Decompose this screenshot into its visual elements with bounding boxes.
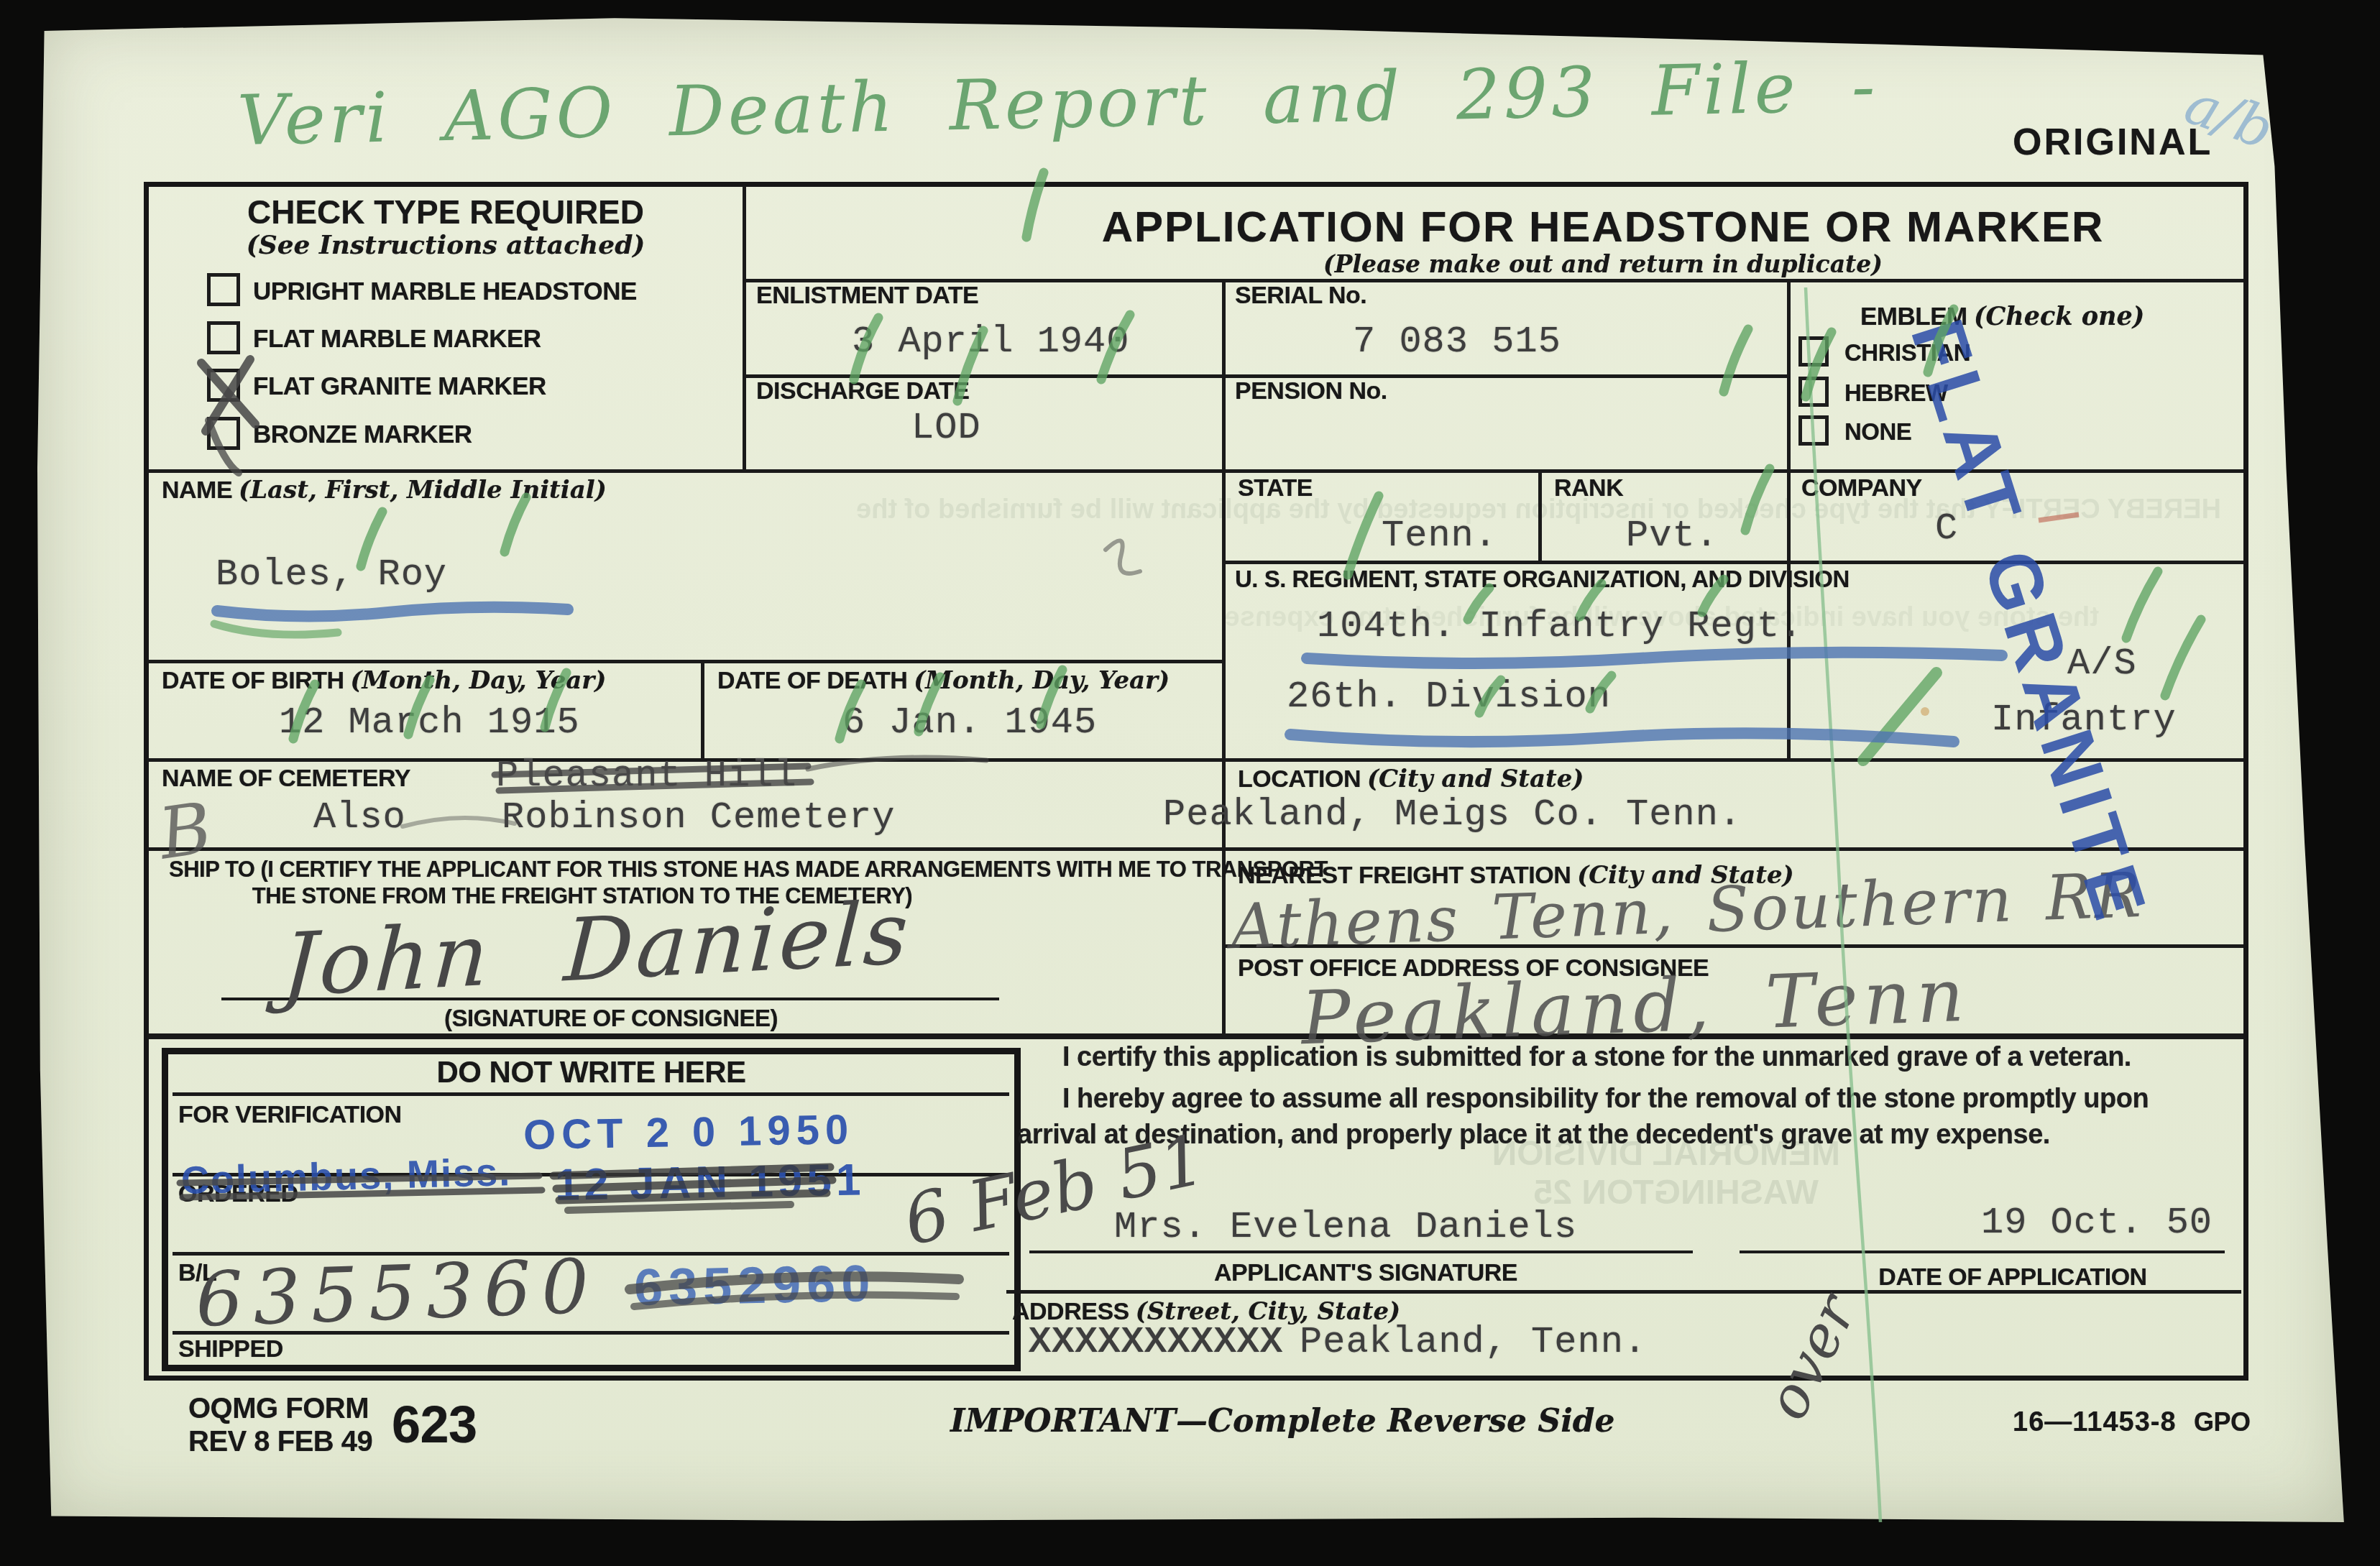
enlistment-date-value: 3 April 1940 (852, 321, 1129, 363)
checkbox-flat-granite-checked (207, 369, 240, 402)
ordered-date-stamp: 12 JAN 1951 (554, 1154, 865, 1211)
checkbox-hebrew (1798, 377, 1829, 407)
pension-no-label: PENSION No. (1235, 377, 1387, 405)
check-type-title: CHECK TYPE REQUIRED (165, 193, 726, 231)
cemetery-value: Robinson Cemetery (502, 796, 896, 839)
form-title: APPLICATION FOR HEADSTONE OR MARKER (1042, 202, 2164, 252)
bl-handwritten-number: 6355360 (194, 1242, 600, 1344)
do-not-write-title: DO NOT WRITE HERE (173, 1055, 1010, 1090)
rank-label: RANK (1554, 474, 1623, 502)
important-note: IMPORTANT—Complete Reverse Side (950, 1403, 1615, 1440)
check-type-subtitle: (See Instructions attached) (165, 230, 726, 260)
rule (1787, 279, 1791, 760)
dob-label: DATE OF BIRTH (Month, Day, Year) (162, 666, 606, 695)
ship-to-label-line1: SHIP TO (I CERTIFY THE APPLICANT FOR THI… (169, 857, 996, 883)
regiment-line1: 104th. Infantry Regt. (1317, 605, 1803, 648)
checkbox-flat-marble (207, 321, 240, 354)
dod-label-paren: (Month, Day, Year) (914, 666, 1170, 695)
for-verification-label: FOR VERIFICATION (178, 1101, 402, 1129)
form-number: 623 (392, 1396, 477, 1455)
rule (743, 185, 746, 471)
dob-value: 12 March 1915 (279, 701, 580, 744)
bl-struck-stamp-number: 6352960 (633, 1254, 876, 1317)
rule (701, 661, 704, 760)
rule (147, 758, 2243, 762)
state-value: Tenn. (1382, 515, 1497, 557)
name-label: NAME (Last, First, Middle Initial) (162, 476, 607, 505)
print-code: 16—11453-8 (2013, 1407, 2177, 1438)
rule (1222, 561, 2243, 564)
check-option-label: UPRIGHT MARBLE HEADSTONE (253, 277, 637, 306)
emblem-option-label: NONE (1844, 418, 1911, 446)
dob-label-paren: (Month, Day, Year) (350, 666, 606, 695)
certification-line1: I certify this application is submitted … (1062, 1042, 2131, 1073)
check-option-label: BRONZE MARKER (253, 420, 472, 449)
dob-label-main: DATE OF BIRTH (162, 667, 344, 694)
rule (147, 469, 2243, 473)
applicant-signature-rule (1029, 1251, 1693, 1253)
name-value: Boles, Roy (216, 553, 447, 596)
certification-line2: I hereby agree to assume all responsibil… (1062, 1084, 2149, 1115)
serial-no-label: SERIAL No. (1235, 282, 1366, 310)
company-label: COMPANY (1801, 474, 1922, 502)
form-subtitle: (Please make out and return in duplicate… (1042, 250, 2164, 278)
rule (147, 660, 1222, 663)
dod-value: 6 Jan. 1945 (842, 701, 1097, 744)
name-label-main: NAME (162, 476, 232, 504)
address-struck-value: XXXXXXXXXXX (1028, 1321, 1282, 1363)
applicant-signature-typed: Mrs. Evelena Daniels (1114, 1206, 1577, 1248)
discharge-date-label: DISCHARGE DATE (756, 377, 970, 405)
emblem-label: EMBLEM (Check one) (1860, 302, 2144, 331)
application-date-typed: 19 Oct. 50 (1981, 1202, 2213, 1244)
rule (1222, 279, 1226, 1036)
checkbox-bronze (207, 417, 240, 450)
cemetery-struck-value: Pleasant Hill (496, 755, 797, 797)
form-id-line1: OQMG FORM (188, 1393, 369, 1425)
location-label-main: LOCATION (1238, 765, 1361, 793)
discharge-date-value: LOD (911, 407, 981, 449)
rule (1538, 471, 1542, 562)
application-date-rule (1740, 1251, 2225, 1253)
location-value: Peakland, Meigs Co. Tenn. (1163, 793, 1742, 836)
dod-label: DATE OF DEATH (Month, Day, Year) (717, 666, 1170, 695)
checkbox-upright-marble (207, 273, 240, 306)
check-option-label: FLAT MARBLE MARKER (253, 325, 541, 354)
checkbox-christian (1798, 336, 1829, 367)
rule (173, 1092, 1009, 1096)
rule (147, 847, 2243, 851)
rule (1006, 1290, 2241, 1294)
form-id-line2: REV 8 FEB 49 (188, 1426, 372, 1458)
regiment-line2: 26th. Division (1287, 676, 1611, 718)
check-option-label: FLAT GRANITE MARKER (253, 372, 546, 401)
regiment-label: U. S. REGIMENT, STATE ORGANIZATION, AND … (1235, 566, 1850, 593)
state-label: STATE (1238, 474, 1313, 502)
location-label: LOCATION (City and State) (1238, 765, 1584, 793)
ordered-place-stamp: Columbus, Miss. (180, 1150, 512, 1203)
dod-label-main: DATE OF DEATH (717, 667, 907, 694)
application-date-label: DATE OF APPLICATION (1783, 1263, 2243, 1291)
rank-value: Pvt. (1626, 515, 1719, 557)
gpo-mark: GPO (2194, 1407, 2251, 1437)
verification-date-stamp: OCT 2 0 1950 (523, 1105, 854, 1159)
location-label-paren: (City and State) (1367, 765, 1584, 793)
cemetery-also: Also (313, 796, 406, 839)
address-value: Peakland, Tenn. (1300, 1321, 1647, 1363)
name-label-paren: (Last, First, Middle Initial) (239, 476, 607, 505)
emblem-label-paren: (Check one) (1974, 302, 2145, 331)
scanned-headstone-application: { "annotations": { "top_note": "Veri AGO… (0, 0, 2380, 1566)
checkbox-none (1798, 415, 1829, 446)
enlistment-date-label: ENLISTMENT DATE (756, 282, 978, 310)
serial-no-value: 7 083 515 (1353, 321, 1561, 363)
applicant-signature-label: APPLICANT'S SIGNATURE (1078, 1259, 1653, 1287)
